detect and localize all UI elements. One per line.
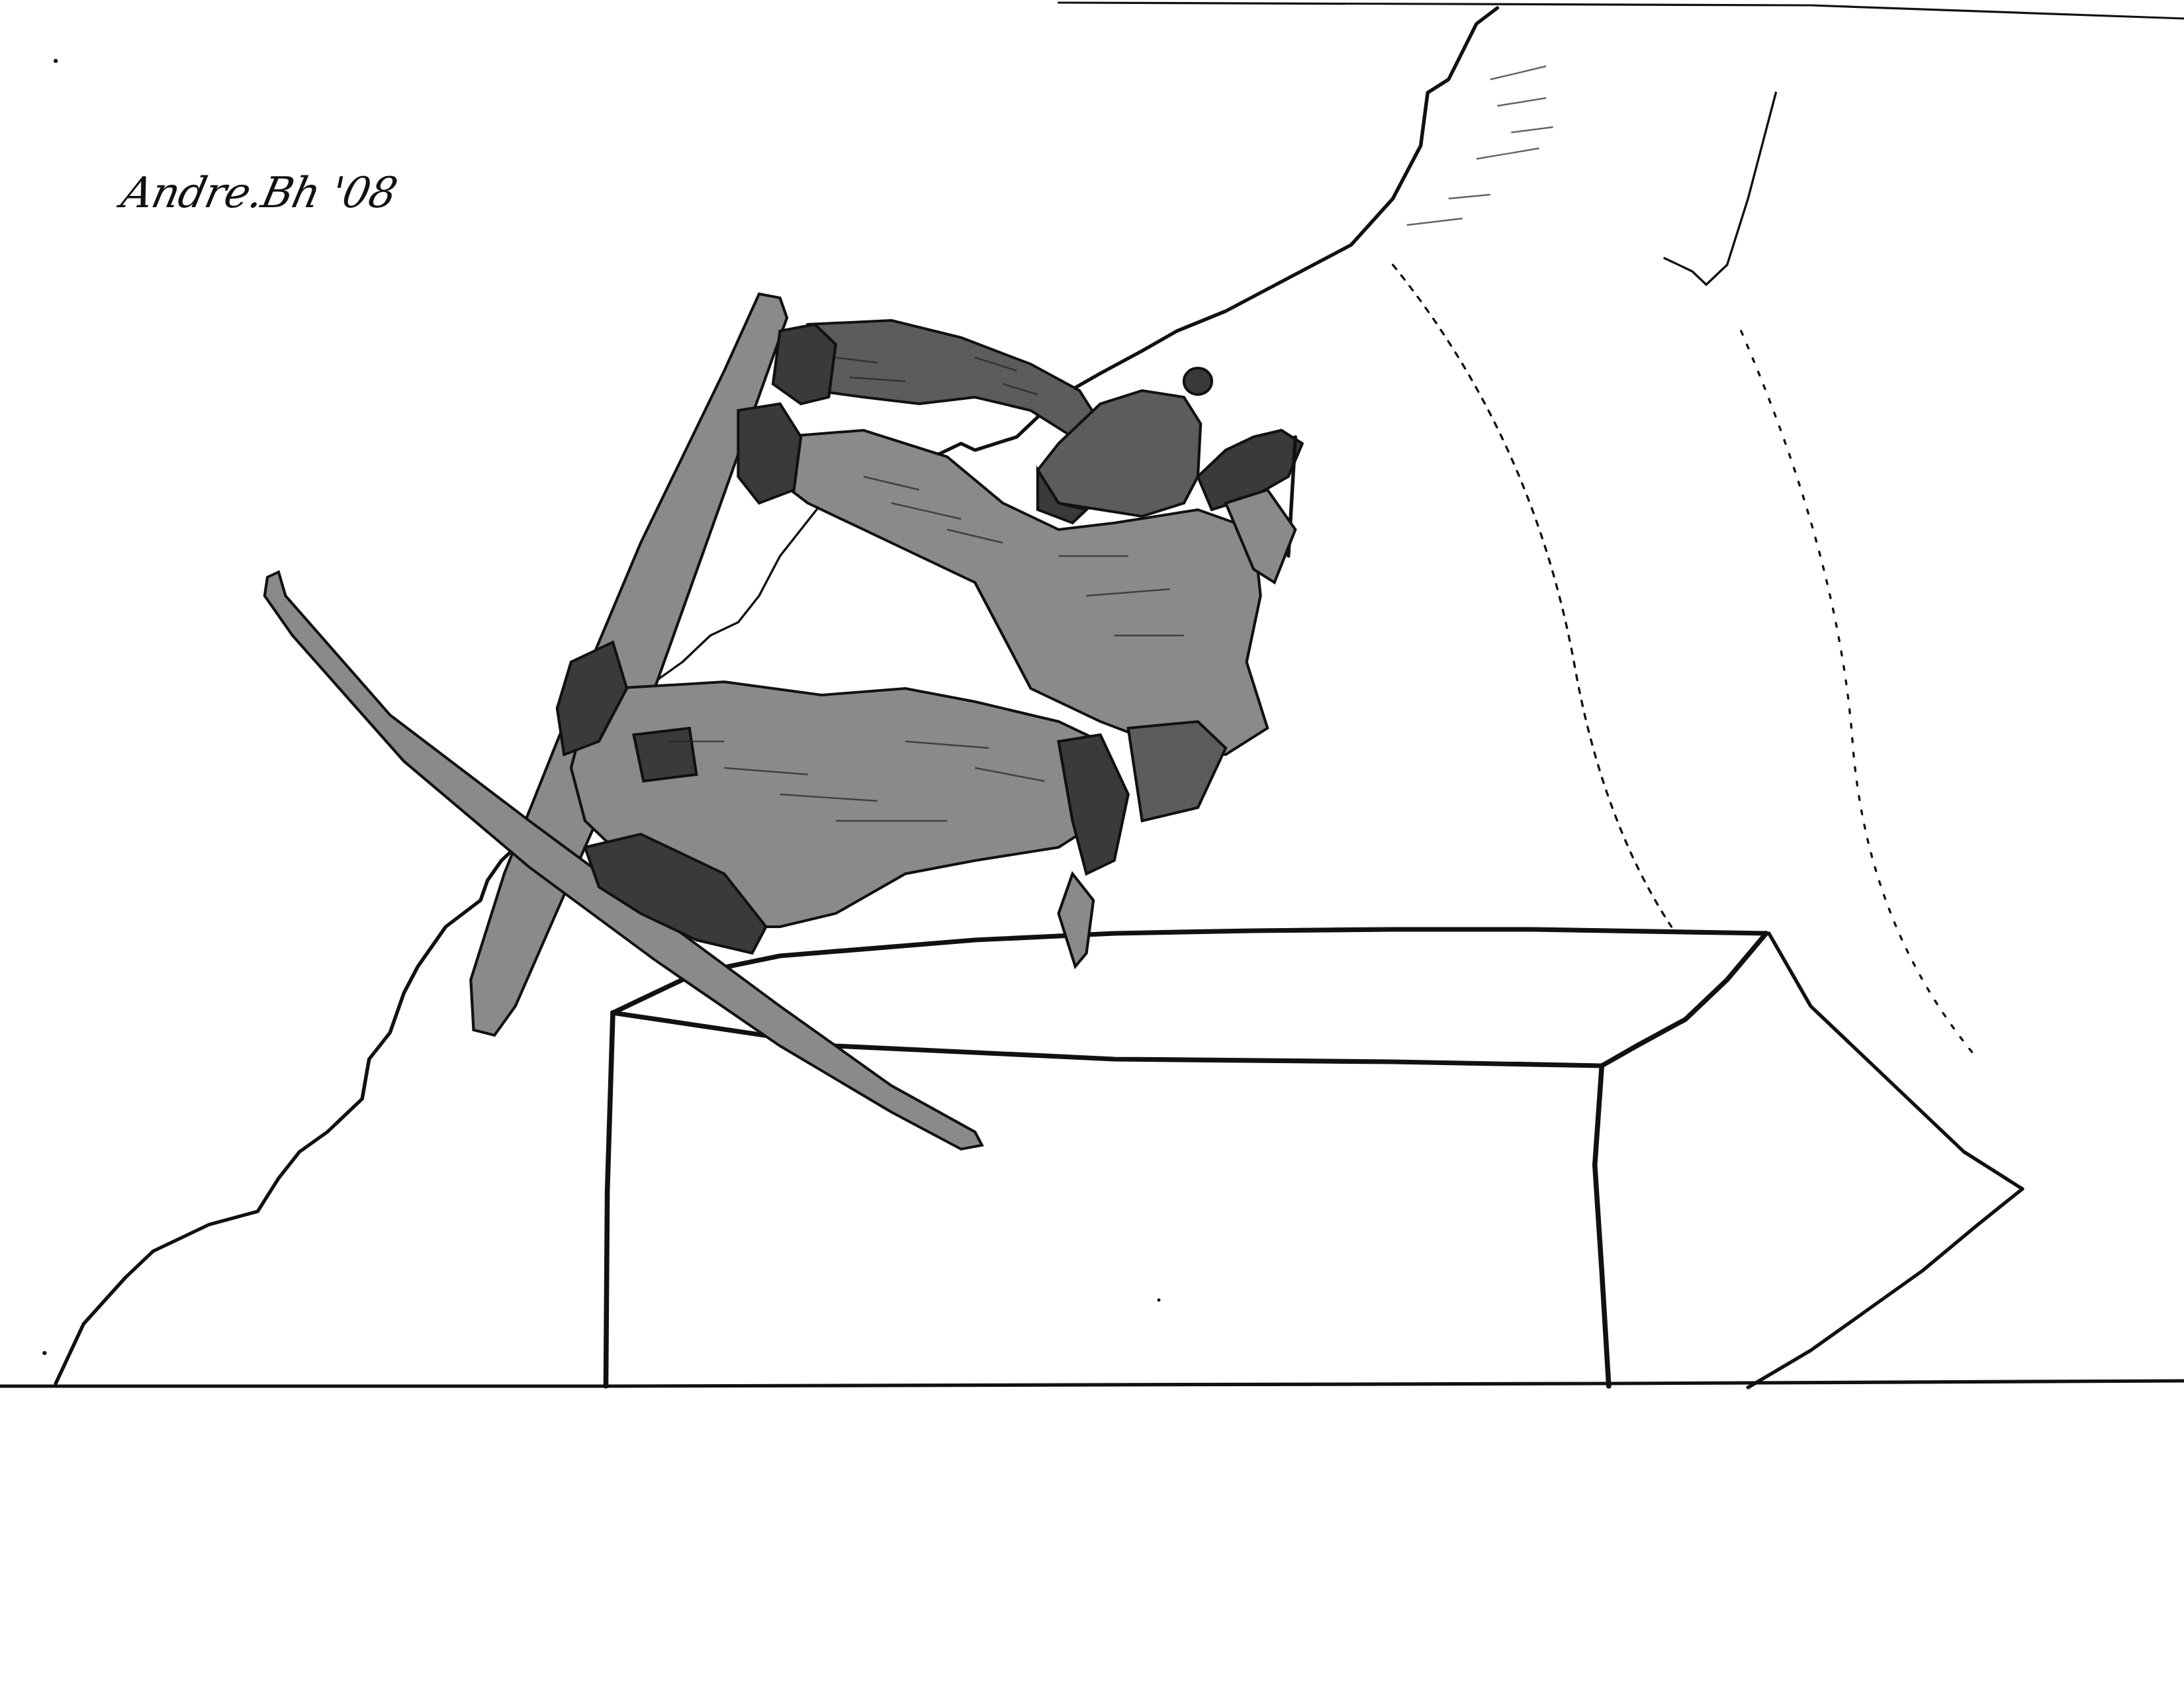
right-snow-slope: [1748, 933, 2023, 1387]
ground-line: [0, 1381, 2184, 1386]
skier: [265, 294, 1302, 1149]
sketch-canvas: [0, 0, 2184, 1688]
beanie-pompom: [1184, 368, 1212, 395]
glove-lower: [738, 404, 801, 503]
pants-pocket: [634, 728, 697, 781]
glove-upper: [773, 324, 836, 404]
belt-strap: [1058, 735, 1128, 874]
rail-box: [606, 929, 1766, 1386]
scan-edge-line: [1058, 3, 2184, 19]
